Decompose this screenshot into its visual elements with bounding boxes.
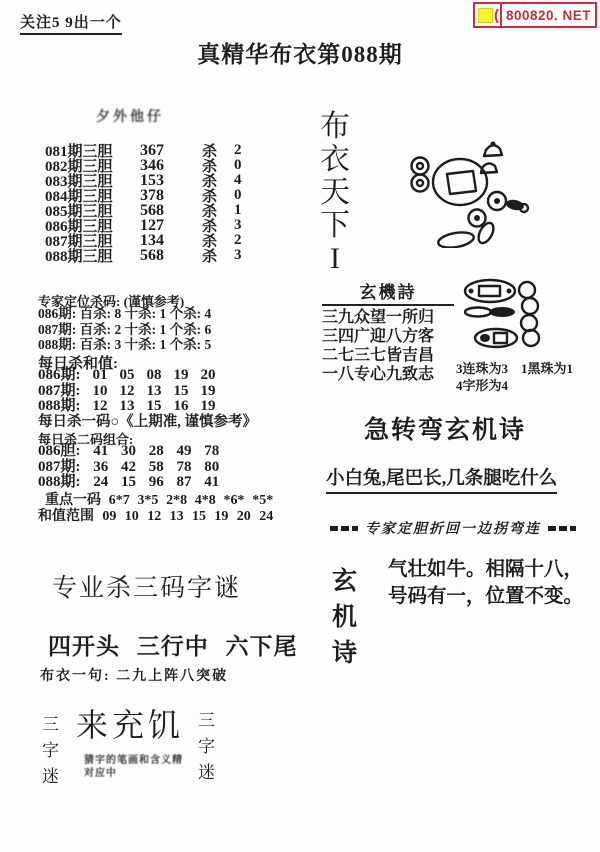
sum-range: 和值范围 09 10 12 13 15 19 20 24 xyxy=(38,505,273,525)
three-char-note: 猜字的笔画和含义精 对应中 xyxy=(84,754,183,780)
expert-divider: 专家定胆折回一边拐弯连 xyxy=(330,518,576,538)
dan-row: 088期三胆 568 杀 3 xyxy=(45,248,242,263)
bead-caption: 3连珠为3 1黑珠为1 4字形为4 xyxy=(456,360,573,394)
kill-one-line: 每日杀一码○《上期准, 谨慎参考》 xyxy=(38,410,257,431)
bottom-xuanji-title: 玄 机 诗 xyxy=(332,564,357,672)
xuanji-poem-title: 玄機詩 xyxy=(322,278,454,306)
riddle-line: 四开头 三行中 六下尾 xyxy=(48,628,298,661)
xuanji-poem: 玄機詩 三九众望一所归 三四广迎八方客 二七三七皆吉昌 一八专心九致志 xyxy=(322,278,454,384)
coin-drawing xyxy=(398,138,548,248)
divider-bar-left xyxy=(330,526,358,531)
kill-sum-row: 086期: 01 05 08 19 20 xyxy=(38,368,216,384)
page-title: 真精华布衣第088期 xyxy=(0,36,600,69)
site-url: 800820. NET xyxy=(500,4,595,26)
kill-position-row: 087期: 百杀: 2 十杀: 1 个杀: 6 xyxy=(38,322,211,338)
sharp-turn-line: 小白兔,尾巴长,几条腿吃什么 xyxy=(326,464,557,494)
bottom-xuanji-text: 气壮如牛。相隔十八， 号码有一，位置不变。 xyxy=(388,556,583,610)
badge-paren: ( xyxy=(494,7,499,24)
riddle-title: 专业杀三码字谜 xyxy=(52,568,241,604)
divider-text: 专家定胆折回一边拐弯连 xyxy=(365,518,541,538)
three-char-answer: 来充饥 xyxy=(76,700,184,746)
lottery-sheet: 关注5 9出一个 ( 800820. NET 真精华布衣第088期 夕外他仔 0… xyxy=(0,0,600,852)
kill-position-rows: 086期: 百杀: 8 十杀: 1 个杀: 4 087期: 百杀: 2 十杀: … xyxy=(38,306,211,353)
dan-history-list: 081期三胆 367 杀 2 082期三胆 346 杀 0 083期三胆 153… xyxy=(45,143,242,263)
xuanji-poem-lines: 三九众望一所归 三四广迎八方客 二七三七皆吉昌 一八专心九致志 xyxy=(322,308,454,384)
three-char-label-left: 三 字 迷 xyxy=(42,712,59,790)
three-char-label-right: 三 字 迷 xyxy=(198,708,215,786)
kill-two-row: 087期: 36 42 58 78 80 xyxy=(38,460,219,476)
kill-sum-row: 087期: 10 12 13 15 19 xyxy=(38,384,216,400)
sharp-turn-title: 急转弯玄机诗 xyxy=(320,410,570,446)
divider-bar-right xyxy=(548,526,576,531)
buyi-tianxia-title: 布 衣 天 下 I xyxy=(318,110,352,275)
kill-position-row: 086期: 百杀: 8 十杀: 1 个杀: 4 xyxy=(38,306,211,322)
kill-sum-rows: 086期: 01 05 08 19 20 087期: 10 12 13 15 1… xyxy=(38,368,216,415)
buyi-sentence: 布衣一句: 二九上阵八突破 xyxy=(40,665,228,685)
kill-two-rows: 086胆: 41 30 28 49 78 087期: 36 42 58 78 8… xyxy=(38,444,219,491)
bead-drawing xyxy=(462,278,552,358)
kill-position-row: 088期: 百杀: 3 十杀: 1 个杀: 5 xyxy=(38,337,211,353)
kill-two-row: 086胆: 41 30 28 49 78 xyxy=(38,444,219,460)
focus-note: 关注5 9出一个 xyxy=(20,11,122,35)
distorted-header: 夕外他仔 xyxy=(96,106,164,126)
badge-logo: ( xyxy=(475,4,500,26)
yellow-square-icon xyxy=(478,8,493,23)
site-badge[interactable]: ( 800820. NET xyxy=(473,2,597,28)
